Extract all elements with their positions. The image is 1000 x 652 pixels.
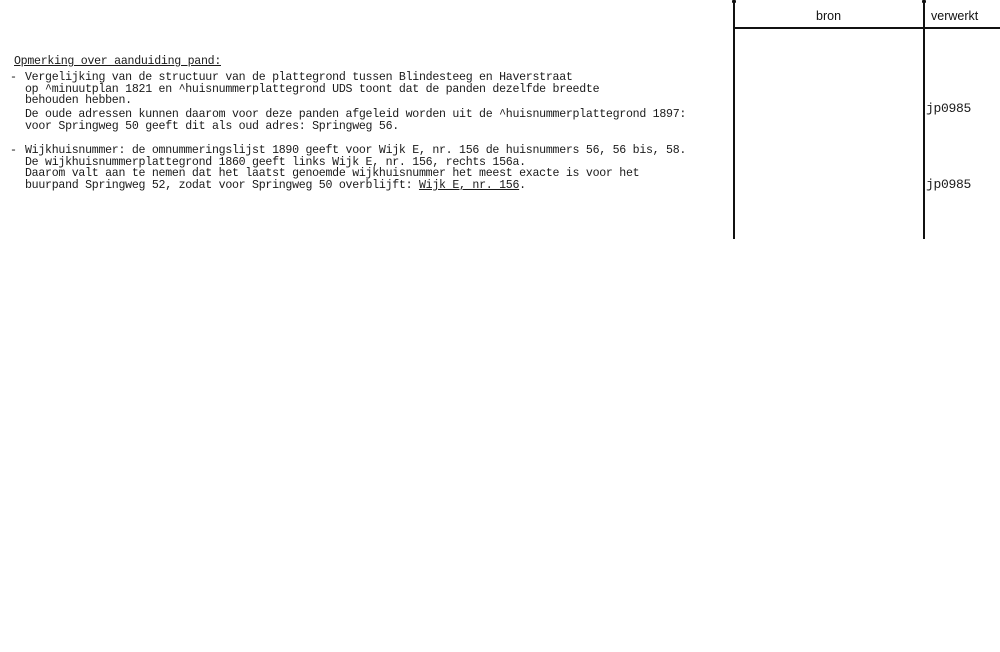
remark-line-final: buurpand Springweg 52, zodat voor Spring…	[25, 180, 526, 192]
remark-text: .	[519, 179, 526, 192]
verwerkt-code: jp0985	[926, 177, 971, 192]
column-header-verwerkt: verwerkt	[931, 9, 978, 23]
remark-text: buurpand Springweg 52, zodat voor Spring…	[25, 179, 419, 192]
remark-line: voor Springweg 50 geeft dit als oud adre…	[25, 121, 399, 133]
bron-column-left-border	[733, 3, 735, 239]
header-rule	[734, 27, 1000, 29]
bullet-dash: -	[10, 72, 17, 84]
conclusion-address: Wijk E, nr. 156	[419, 179, 519, 192]
remark-line: Wijkhuisnummer: de omnummeringslijst 189…	[25, 145, 686, 157]
remarks-title: Opmerking over aanduiding pand:	[14, 56, 221, 68]
column-header-bron: bron	[816, 9, 841, 23]
remark-line: De oude adressen kunnen daarom voor deze…	[25, 109, 686, 121]
remark-line: behouden hebben.	[25, 95, 132, 107]
bullet-dash: -	[10, 145, 17, 157]
verwerkt-column-left-border	[923, 3, 925, 239]
remark-line: Vergelijking van de structuur van de pla…	[25, 72, 573, 84]
verwerkt-code: jp0985	[926, 101, 971, 116]
